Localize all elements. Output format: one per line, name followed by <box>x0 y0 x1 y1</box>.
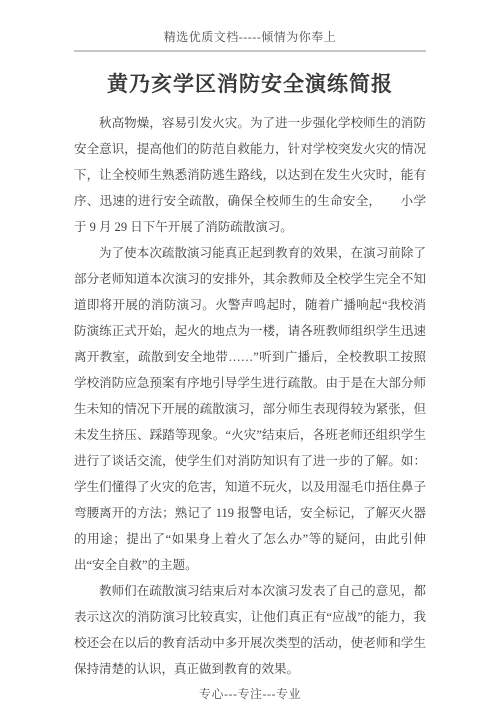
promo-header-text: 精选优质文档-----倾情为你奉上 <box>0 0 500 45</box>
header-divider <box>74 50 426 52</box>
paragraph-2: 为了使本次疏散演习能真正起到教育的效果，在演习前除了部分老师知道本次演习的安排外… <box>74 240 426 578</box>
promo-footer-text: 专心---专注---专业 <box>0 685 500 702</box>
paragraph-1: 秋高物燥，容易引发火灾。为了进一步强化学校师生的消防安全意识，提高他们的防范自救… <box>74 110 426 240</box>
paragraph-3: 教师们在疏散演习结束后对本次演习发表了自己的意见，都表示这次的消防演习比较真实，… <box>74 578 426 682</box>
document-page: 精选优质文档-----倾情为你奉上 黄乃亥学区消防安全演练简报 秋高物燥，容易引… <box>0 0 500 708</box>
document-body: 秋高物燥，容易引发火灾。为了进一步强化学校师生的消防安全意识，提高他们的防范自救… <box>74 110 426 682</box>
document-title: 黄乃亥学区消防安全演练简报 <box>0 68 500 98</box>
